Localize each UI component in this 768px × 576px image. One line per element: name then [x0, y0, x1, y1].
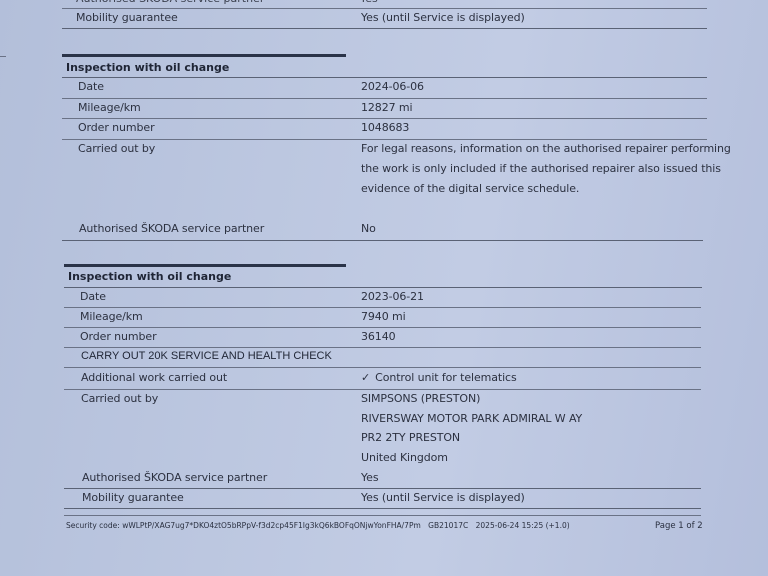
row-value-line: the work is only included if the authori…	[361, 162, 721, 176]
row-label: Authorised ŠKODA service partner	[79, 222, 264, 236]
row-label: Order number	[80, 330, 157, 344]
row-label: Mobility guarantee	[76, 11, 178, 25]
partial-value: Yes	[360, 0, 378, 5]
divider	[62, 139, 707, 140]
divider	[64, 508, 701, 509]
row-label: Date	[80, 290, 106, 304]
section-title-2: Inspection with oil change	[68, 270, 231, 283]
security-code: wWLPtP/XAG7ug7*DKO4ztO5bRPpV-f3d2cp45F1I…	[122, 521, 421, 530]
row-label: Carried out by	[78, 142, 155, 156]
document-id: GB21017C	[428, 521, 468, 530]
partial-row-authorised-partner: Authorised ŠKODA service partner Yes	[76, 0, 264, 5]
row-value: 2024-06-06	[361, 80, 424, 94]
page-number: Page 1 of 2	[655, 521, 703, 531]
row-value: 2023-06-21	[361, 290, 424, 304]
service-schedule-page: Authorised ŠKODA service partner Yes Mob…	[0, 0, 768, 576]
row-label: Date	[78, 80, 104, 94]
row-value: No	[361, 222, 376, 236]
divider	[64, 287, 702, 288]
row-value-line: RIVERSWAY MOTOR PARK ADMIRAL W AY	[361, 412, 582, 426]
row-label: Authorised ŠKODA service partner	[82, 471, 267, 485]
security-code-label: Security code:	[66, 521, 120, 530]
divider	[62, 240, 703, 241]
row-label: Mileage/km	[80, 310, 143, 324]
section-bar	[64, 264, 346, 267]
divider	[64, 327, 701, 328]
print-timestamp: 2025-06-24 15:25 (+1.0)	[476, 521, 570, 530]
row-value: ✓Control unit for telematics	[361, 371, 517, 385]
divider	[62, 77, 707, 78]
footer-divider	[64, 515, 701, 516]
divider	[62, 118, 707, 119]
row-value-line: evidence of the digital service schedule…	[361, 182, 579, 196]
row-value: Yes	[361, 471, 378, 485]
row-value: Yes (until Service is displayed)	[361, 491, 525, 505]
row-value-line: For legal reasons, information on the au…	[361, 142, 731, 156]
additional-work-value: Control unit for telematics	[375, 371, 517, 384]
row-value: 36140	[361, 330, 396, 344]
divider	[64, 347, 701, 348]
row-value: 7940 mi	[361, 310, 406, 324]
row-label: Order number	[78, 121, 155, 135]
row-label: Additional work carried out	[81, 371, 227, 385]
row-value: 12827 mi	[361, 101, 412, 115]
row-value: Yes (until Service is displayed)	[361, 11, 525, 25]
row-value: 1048683	[361, 121, 409, 135]
row-label: Mobility guarantee	[82, 491, 184, 505]
row-value-line: PR2 2TY PRESTON	[361, 431, 460, 445]
divider	[62, 28, 707, 29]
partial-label: Authorised ŠKODA service partner	[76, 0, 264, 5]
section-title-1: Inspection with oil change	[66, 61, 229, 74]
margin-mark	[0, 56, 6, 57]
footer-security: Security code: wWLPtP/XAG7ug7*DKO4ztO5bR…	[66, 521, 570, 530]
divider	[64, 307, 701, 308]
row-label: Carried out by	[81, 392, 158, 406]
divider	[62, 8, 707, 9]
divider	[62, 98, 707, 99]
service-description: CARRY OUT 20K SERVICE AND HEALTH CHECK	[81, 350, 332, 362]
row-label: Mileage/km	[78, 101, 141, 115]
row-value-line: United Kingdom	[361, 451, 448, 465]
checkmark-icon: ✓	[361, 371, 370, 385]
divider	[64, 488, 701, 489]
divider	[64, 367, 701, 368]
section-bar	[62, 54, 346, 57]
divider	[64, 389, 701, 390]
row-value-line: SIMPSONS (PRESTON)	[361, 392, 480, 406]
